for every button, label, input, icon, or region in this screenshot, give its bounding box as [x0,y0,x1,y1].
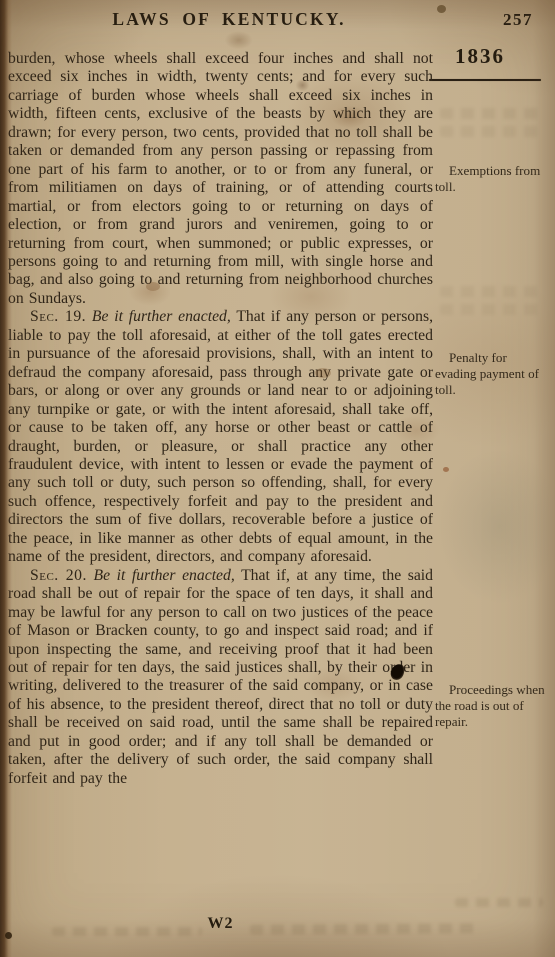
section-20-enacting-phrase: Be it further enacted, [94,567,235,584]
margin-year: 1836 [455,44,505,69]
showthrough-smudge [440,286,540,297]
paragraph-continuation: burden, whose wheels shall exceed four i… [8,50,433,308]
foxing-spot [443,467,449,472]
foxing-spot [437,5,446,13]
margin-note-exemptions: Exemptions from toll. [435,163,548,195]
foxing-spot [146,282,160,291]
section-19-paragraph: Sec. 19. Be it further enacted, That if … [8,308,433,566]
showthrough-smudge [440,304,540,315]
showthrough-smudge [455,898,543,907]
signature-mark: W2 [8,915,433,933]
section-19-text: That if any person or persons, liable to… [8,308,433,565]
running-head-title: LAWS OF KENTUCKY. [0,9,458,30]
foxing-spot [315,368,331,378]
section-20-paragraph: Sec. 20. Be it further enacted, That if,… [8,567,433,788]
ink-dot [5,932,12,939]
showthrough-smudge [440,108,540,119]
margin-note-proceedings: Proceedings when the road is out of repa… [435,682,548,730]
section-19-number: Sec. 19. [30,308,86,325]
page-number: 257 [503,10,533,30]
margin-note-penalty: Penalty for evading payment of toll. [435,350,548,398]
scanned-book-page: LAWS OF KENTUCKY. 257 1836 burden, whose… [0,0,555,957]
section-20-number: Sec. 20. [30,567,87,584]
section-19-enacting-phrase: Be it further enacted, [92,308,231,325]
main-text-column: burden, whose wheels shall exceed four i… [8,50,433,788]
section-20-text: That if, at any time, the said road shal… [8,567,433,787]
showthrough-smudge [440,126,540,137]
margin-year-rule [429,79,541,81]
